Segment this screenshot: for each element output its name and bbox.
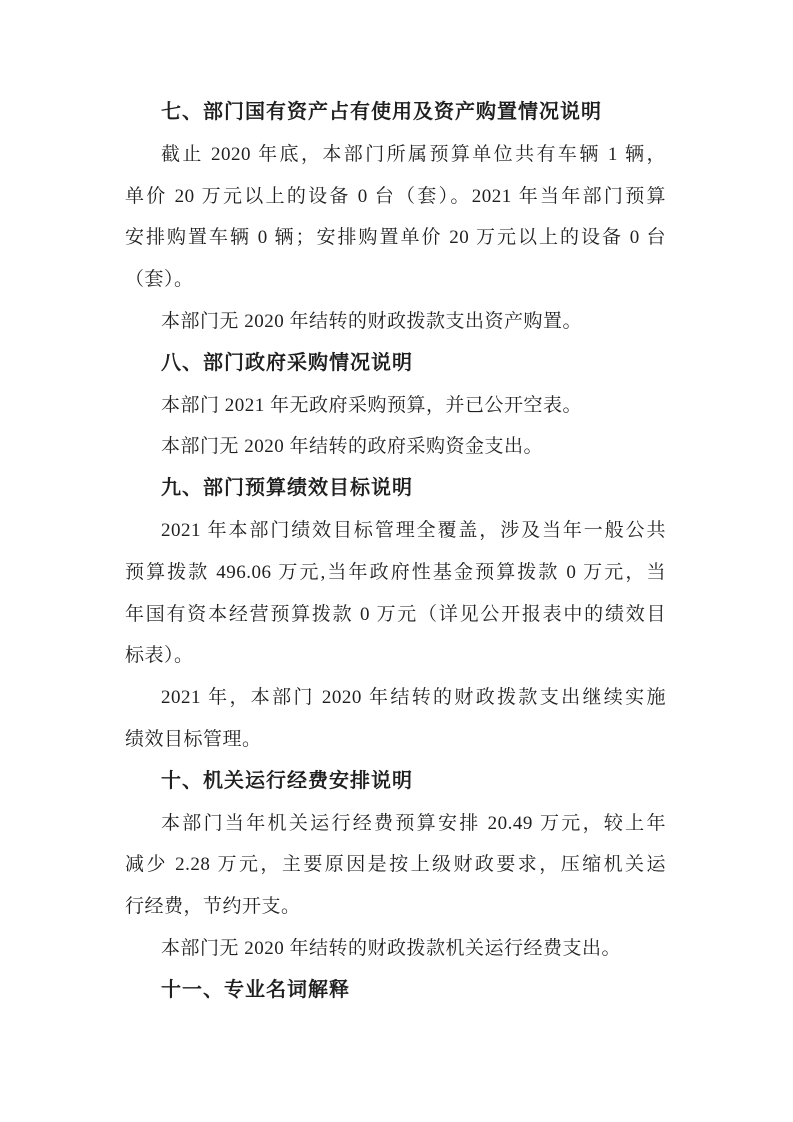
section-heading: 八、部门政府采购情况说明 <box>125 343 666 385</box>
paragraph-line: 本部门无 2020 年结转的财政拨款支出资产购置。 <box>125 301 666 343</box>
paragraph-line: 本部门当年机关运行经费预算安排 20.49 万元，较上年 <box>125 803 666 845</box>
paragraph-line: 本部门 2021 年无政府采购预算，并已公开空表。 <box>125 385 666 427</box>
paragraph-line: 单价 20 万元以上的设备 0 台（套）。2021 年当年部门预算 <box>125 176 666 218</box>
paragraph-line: 本部门无 2020 年结转的财政拨款机关运行经费支出。 <box>125 928 666 970</box>
paragraph-line: 2021 年本部门绩效目标管理全覆盖，涉及当年一般公共 <box>125 510 666 552</box>
paragraph-line: 截止 2020 年底，本部门所属预算单位共有车辆 1 辆， <box>125 134 666 176</box>
paragraph-line: （套）。 <box>125 259 666 301</box>
section-heading: 十一、专业名词解释 <box>125 970 666 1012</box>
paragraph-line: 标表）。 <box>125 635 666 677</box>
paragraph-line: 安排购置车辆 0 辆；安排购置单价 20 万元以上的设备 0 台 <box>125 217 666 259</box>
paragraph-line: 绩效目标管理。 <box>125 719 666 761</box>
document-content: 七、部门国有资产占有使用及资产购置情况说明截止 2020 年底，本部门所属预算单… <box>125 92 666 1012</box>
section-heading: 十、机关运行经费安排说明 <box>125 761 666 803</box>
paragraph-line: 本部门无 2020 年结转的政府采购资金支出。 <box>125 426 666 468</box>
section-heading: 七、部门国有资产占有使用及资产购置情况说明 <box>125 92 666 134</box>
paragraph-line: 预算拨款 496.06 万元,当年政府性基金预算拨款 0 万元，当 <box>125 552 666 594</box>
document-page: 七、部门国有资产占有使用及资产购置情况说明截止 2020 年底，本部门所属预算单… <box>0 0 793 1122</box>
paragraph-line: 减少 2.28 万元，主要原因是按上级财政要求，压缩机关运 <box>125 844 666 886</box>
paragraph-line: 2021 年，本部门 2020 年结转的财政拨款支出继续实施 <box>125 677 666 719</box>
paragraph-line: 年国有资本经营预算拨款 0 万元（详见公开报表中的绩效目 <box>125 594 666 636</box>
paragraph-line: 行经费，节约开支。 <box>125 886 666 928</box>
section-heading: 九、部门预算绩效目标说明 <box>125 468 666 510</box>
